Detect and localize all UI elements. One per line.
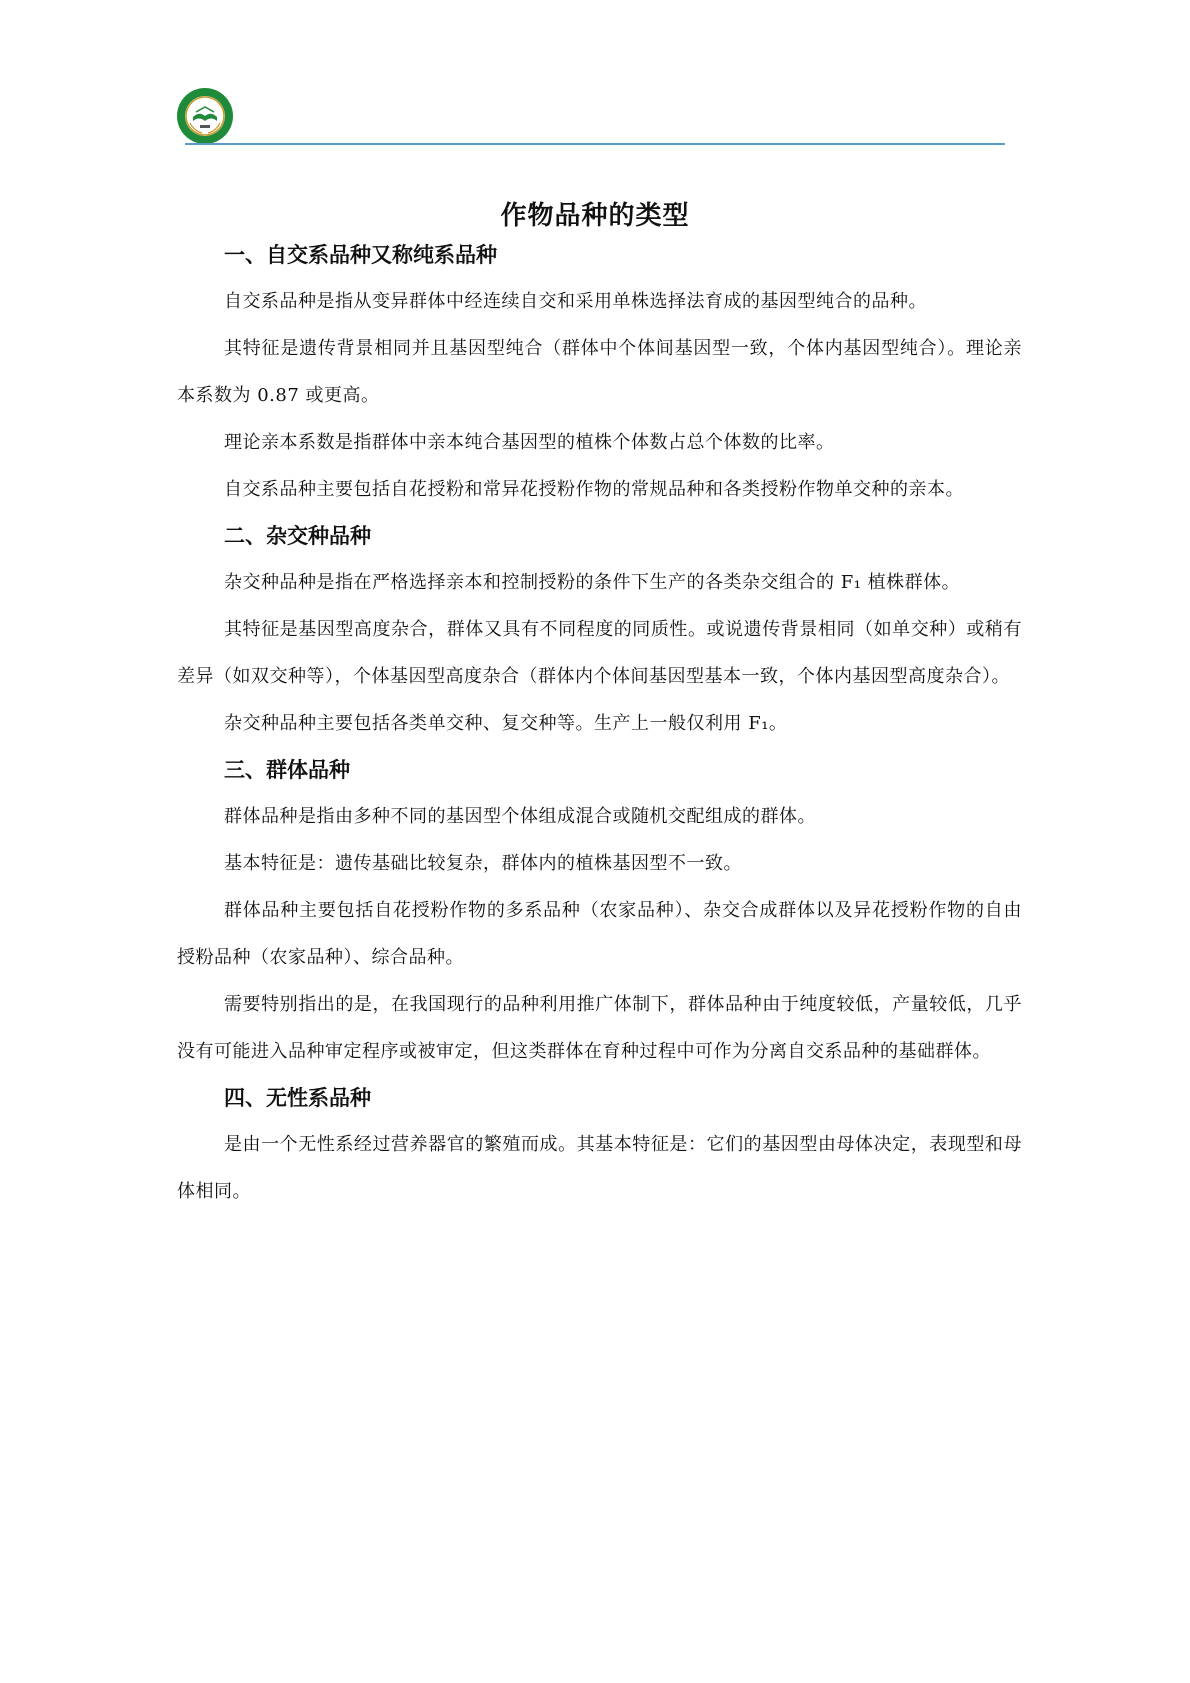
school-emblem-logo (176, 87, 234, 145)
paragraph: 基本特征是：遗传基础比较复杂，群体内的植株基因型不一致。 (177, 840, 1022, 887)
section-heading: 一、自交系品种又称纯系品种 (177, 232, 1022, 278)
paragraph: 需要特别指出的是，在我国现行的品种利用推广体制下，群体品种由于纯度较低，产量较低… (177, 981, 1022, 1075)
paragraph: 是由一个无性系经过营养器官的繁殖而成。其基本特征是：它们的基因型由母体决定，表现… (177, 1121, 1022, 1215)
paragraph: 自交系品种主要包括自花授粉和常异花授粉作物的常规品种和各类授粉作物单交种的亲本。 (177, 466, 1022, 513)
page-title: 作物品种的类型 (0, 195, 1190, 232)
paragraph: 群体品种主要包括自花授粉作物的多系品种（农家品种）、杂交合成群体以及异花授粉作物… (177, 887, 1022, 981)
section-heading: 二、杂交种品种 (177, 513, 1022, 559)
paragraph: 其特征是基因型高度杂合，群体又具有不同程度的同质性。或说遗传背景相同（如单交种）… (177, 606, 1022, 700)
paragraph: 群体品种是指由多种不同的基因型个体组成混合或随机交配组成的群体。 (177, 793, 1022, 840)
paragraph: 自交系品种是指从变异群体中经连续自交和采用单株选择法育成的基因型纯合的品种。 (177, 278, 1022, 325)
paragraph: 杂交种品种主要包括各类单交种、复交种等。生产上一般仅利用 F₁。 (177, 700, 1022, 747)
paragraph: 其特征是遗传背景相同并且基因型纯合（群体中个体间基因型一致，个体内基因型纯合）。… (177, 325, 1022, 419)
section-heading: 三、群体品种 (177, 747, 1022, 793)
section-population-variety: 三、群体品种 群体品种是指由多种不同的基因型个体组成混合或随机交配组成的群体。 … (177, 747, 1022, 1075)
header-divider (185, 143, 1005, 145)
section-clonal-variety: 四、无性系品种 是由一个无性系经过营养器官的繁殖而成。其基本特征是：它们的基因型… (177, 1075, 1022, 1215)
document-body: 一、自交系品种又称纯系品种 自交系品种是指从变异群体中经连续自交和采用单株选择法… (177, 232, 1022, 1215)
paragraph: 杂交种品种是指在严格选择亲本和控制授粉的条件下生产的各类杂交组合的 F₁ 植株群… (177, 559, 1022, 606)
section-hybrid-variety: 二、杂交种品种 杂交种品种是指在严格选择亲本和控制授粉的条件下生产的各类杂交组合… (177, 513, 1022, 747)
section-heading: 四、无性系品种 (177, 1075, 1022, 1121)
paragraph: 理论亲本系数是指群体中亲本纯合基因型的植株个体数占总个体数的比率。 (177, 419, 1022, 466)
section-selfing-line-variety: 一、自交系品种又称纯系品种 自交系品种是指从变异群体中经连续自交和采用单株选择法… (177, 232, 1022, 513)
